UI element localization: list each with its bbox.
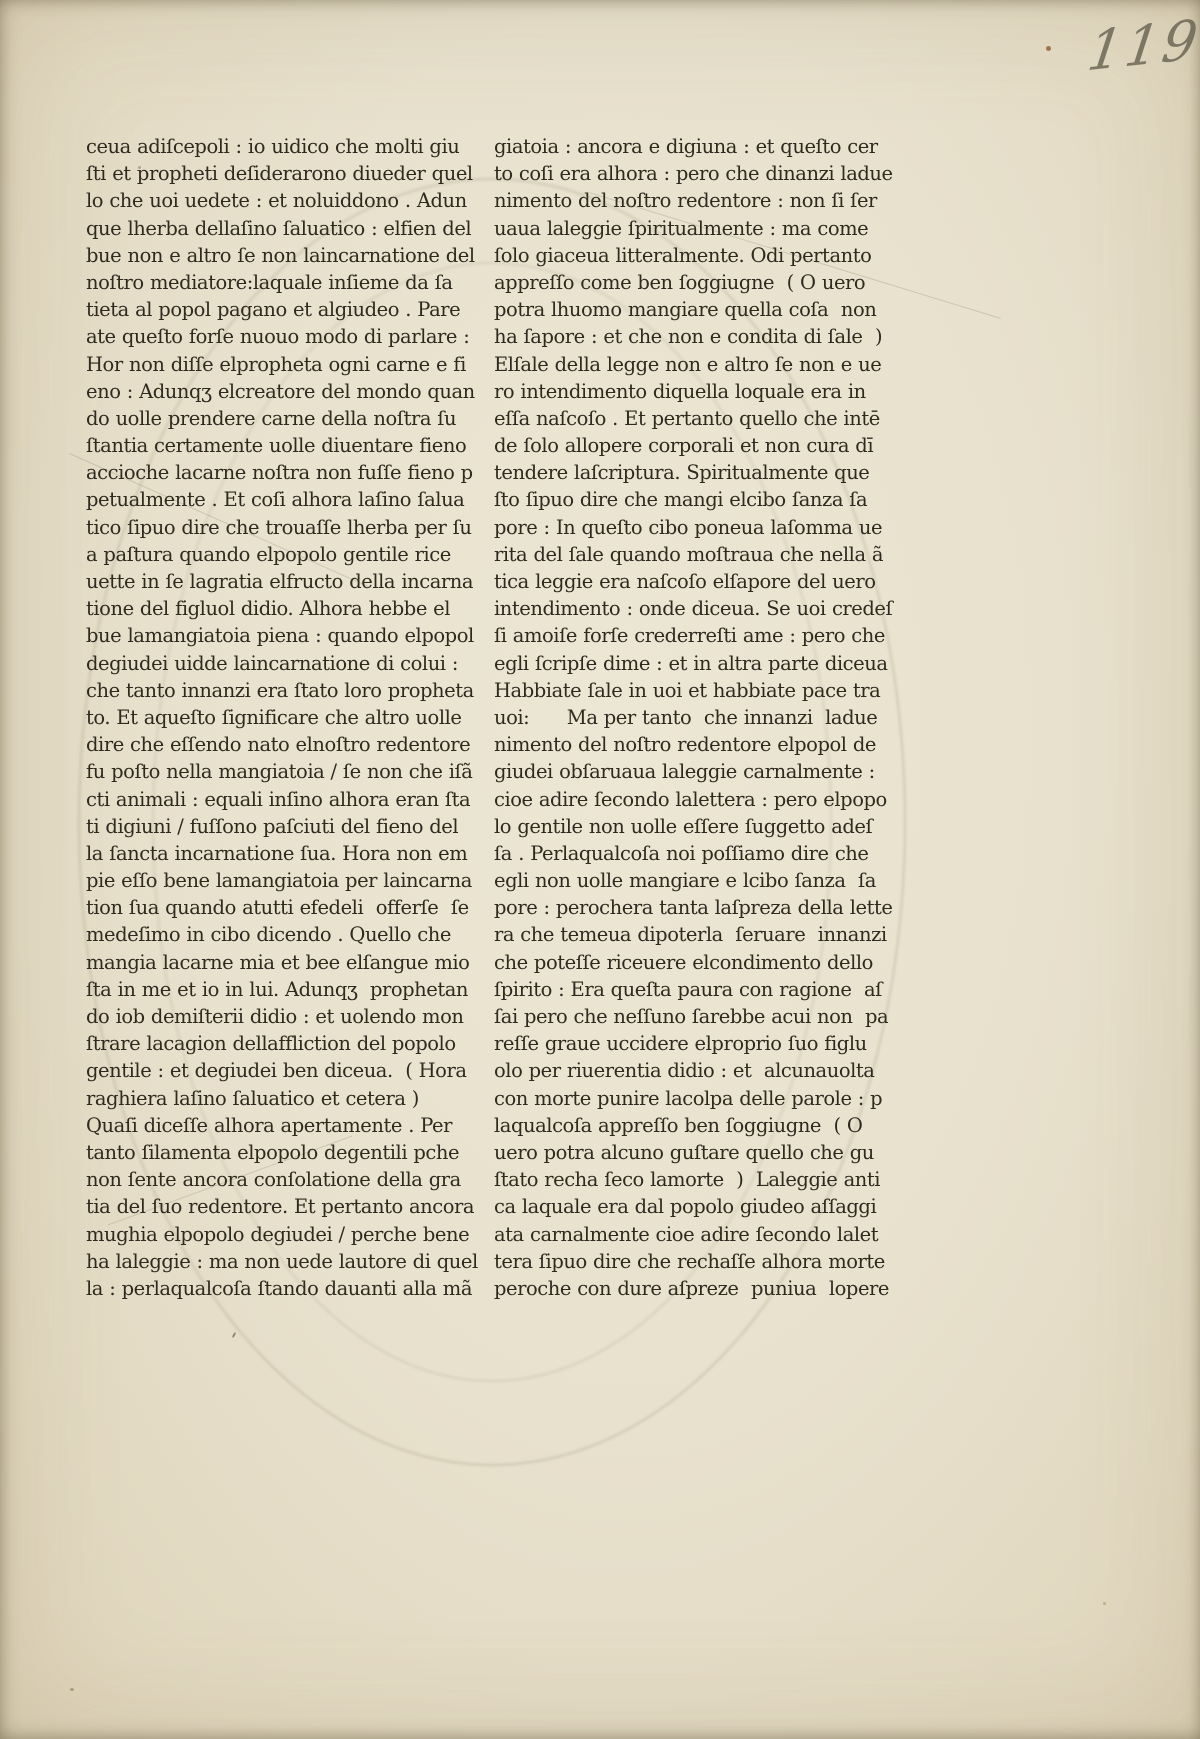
text-line: ſtato recha ſeco lamorte ) Laleggie anti bbox=[494, 1166, 894, 1193]
text-line: appreſſo come ben ſoggiugne ( O uero bbox=[494, 269, 894, 296]
text-line: de ſolo allopere corporali et non cura d… bbox=[494, 432, 894, 459]
text-line: giatoia : ancora e digiuna : et queſto c… bbox=[494, 133, 894, 160]
text-line: egli non uolle mangiare e lcibo ſanza ſa bbox=[494, 867, 894, 894]
text-line: ſi amoiſe forſe crederreſti ame : pero c… bbox=[494, 622, 894, 649]
text-line: peroche con dure aſpreze puniua lopere bbox=[494, 1275, 894, 1302]
text-line: non ſente ancora conſolatione della gra bbox=[86, 1166, 486, 1193]
text-line: ceua adiſcepoli : io uidico che molti gi… bbox=[86, 133, 486, 160]
text-line: medeſimo in cibo dicendo . Quello che bbox=[86, 921, 486, 948]
text-line: la ſancta incarnatione ſua. Hora non em bbox=[86, 840, 486, 867]
text-line: intendimento : onde diceua. Se uoi crede… bbox=[494, 595, 894, 622]
text-line: tieta al popol pagano et algiudeo . Pare bbox=[86, 296, 486, 323]
text-line: uaua laleggie ſpiritualmente : ma come bbox=[494, 215, 894, 242]
text-line: Elſale della legge non e altro ſe non e … bbox=[494, 351, 894, 378]
text-line: do uolle prendere carne della noſtra ſu bbox=[86, 405, 486, 432]
text-line: do iob demiſterii didio : et uolendo mon bbox=[86, 1003, 486, 1030]
text-line: ata carnalmente cioe adire ſecondo lalet bbox=[494, 1221, 894, 1248]
text-line: to. Et aqueſto ſignificare che altro uol… bbox=[86, 704, 486, 731]
text-line: bue non e altro ſe non laincarnatione de… bbox=[86, 242, 486, 269]
text-line: tendere laſcriptura. Spiritualmente que bbox=[494, 459, 894, 486]
text-line: cti animali : equali inſino alhora eran … bbox=[86, 786, 486, 813]
text-line: to coſi era alhora : pero che dinanzi la… bbox=[494, 160, 894, 187]
text-line: ſtrare lacagion dellaffliction del popol… bbox=[86, 1030, 486, 1057]
text-line: lo gentile non uolle eſſere ſuggetto ade… bbox=[494, 813, 894, 840]
text-line: ſpirito : Era queſta paura con ragione a… bbox=[494, 976, 894, 1003]
text-line: Quaſi diceſſe alhora apertamente . Per bbox=[86, 1112, 486, 1139]
text-line: che tanto innanzi era ſtato loro prophet… bbox=[86, 677, 486, 704]
text-line: potra lhuomo mangiare quella coſa non bbox=[494, 296, 894, 323]
text-line: che poteſſe riceuere elcondimento dello bbox=[494, 949, 894, 976]
text-line: ſtantia certamente uolle diuentare fieno bbox=[86, 432, 486, 459]
text-line: reſſe graue uccidere elproprio ſuo figlu bbox=[494, 1030, 894, 1057]
text-line: eſſa naſcoſo . Et pertanto quello che in… bbox=[494, 405, 894, 432]
text-line: ha ſapore : et che non e condita di ſale… bbox=[494, 323, 894, 350]
text-line: tico ſipuo dire che trouaſſe lherba per … bbox=[86, 514, 486, 541]
text-line: tion ſua quando atutti efedeli offerſe ſ… bbox=[86, 894, 486, 921]
text-line: ca laquale era dal popolo giudeo aſſaggi bbox=[494, 1193, 894, 1220]
text-line: ſai pero che neſſuno ſarebbe acui non pa bbox=[494, 1003, 894, 1030]
text-line: egli ſcripſe dime : et in altra parte di… bbox=[494, 650, 894, 677]
text-line: laqualcoſa appreſſo ben ſoggiugne ( O bbox=[494, 1112, 894, 1139]
text-line: con morte punire lacolpa delle parole : … bbox=[494, 1085, 894, 1112]
text-line: tia del ſuo redentore. Et pertanto ancor… bbox=[86, 1193, 486, 1220]
text-line: mughia elpopolo degiudei / perche bene bbox=[86, 1221, 486, 1248]
text-line: mangia lacarne mia et bee elſangue mio bbox=[86, 949, 486, 976]
text-line: ti digiuni / fuſſono paſciuti del fieno … bbox=[86, 813, 486, 840]
text-line: uette in ſe lagratia elfructo della inca… bbox=[86, 568, 486, 595]
text-line: ra che temeua dipoterla ſeruare innanzi bbox=[494, 921, 894, 948]
text-line: uero potra alcuno guſtare quello che gu bbox=[494, 1139, 894, 1166]
text-line: olo per riuerentia didio : et alcunauolt… bbox=[494, 1057, 894, 1084]
text-line: ſa . Perlaqualcoſa noi poſſiamo dire che bbox=[494, 840, 894, 867]
text-line: Hor non diſſe elpropheta ogni carne e fi bbox=[86, 351, 486, 378]
paper-speck bbox=[1103, 1602, 1106, 1605]
text-line: bue lamangiatoia piena : quando elpopol bbox=[86, 622, 486, 649]
text-line: uoi: Ma per tanto che innanzi ladue bbox=[494, 704, 894, 731]
text-line: gentile : et degiudei ben diceua. ( Hora bbox=[86, 1057, 486, 1084]
text-line: rita del ſale quando moſtraua che nella … bbox=[494, 541, 894, 568]
folio-number: 119 bbox=[1084, 7, 1200, 83]
text-line: fu poſto nella mangiatoia / ſe non che i… bbox=[86, 758, 486, 785]
text-line: cioe adire ſecondo lalettera : pero elpo… bbox=[494, 786, 894, 813]
text-line: accioche lacarne noſtra non fuſſe fieno … bbox=[86, 459, 486, 486]
text-line: Habbiate ſale in uoi et habbiate pace tr… bbox=[494, 677, 894, 704]
paper-speck bbox=[232, 1332, 237, 1338]
text-line: ate queſto forſe nuouo modo di parlare : bbox=[86, 323, 486, 350]
text-column-left: ceua adiſcepoli : io uidico che molti gi… bbox=[86, 133, 486, 1302]
text-line: pore : perochera tanta laſpreza della le… bbox=[494, 894, 894, 921]
text-line: tera ſipuo dire che rechaſſe alhora mort… bbox=[494, 1248, 894, 1275]
text-line: ſta in me et io in lui. Adunqʒ prophetan bbox=[86, 976, 486, 1003]
text-line: nimento del noſtro redentore : non ſi ſe… bbox=[494, 187, 894, 214]
text-line: pore : In queſto cibo poneua laſomma ue bbox=[494, 514, 894, 541]
text-line: eno : Adunqʒ elcreatore del mondo quan bbox=[86, 378, 486, 405]
text-line: ſti et propheti deſiderarono diueder que… bbox=[86, 160, 486, 187]
text-line: dire che eſſendo nato elnoſtro redentore bbox=[86, 731, 486, 758]
text-line: tanto ſilamenta elpopolo degentili pche bbox=[86, 1139, 486, 1166]
text-line: noſtro mediatore:laquale inſieme da ſa bbox=[86, 269, 486, 296]
text-line: ha laleggie : ma non uede lautore di que… bbox=[86, 1248, 486, 1275]
text-line: pie eſſo bene lamangiatoia per laincarna bbox=[86, 867, 486, 894]
text-line: raghiera laſino ſaluatico et cetera ) bbox=[86, 1085, 486, 1112]
text-line: a paſtura quando elpopolo gentile rice bbox=[86, 541, 486, 568]
book-page: 119 ceua adiſcepoli : io uidico che molt… bbox=[0, 0, 1200, 1739]
text-line: petualmente . Et coſi alhora laſino ſalu… bbox=[86, 486, 486, 513]
paper-speck bbox=[1046, 46, 1051, 51]
paper-speck bbox=[70, 1688, 74, 1691]
text-line: la : perlaqualcoſa ſtando dauanti alla m… bbox=[86, 1275, 486, 1302]
text-line: que lherba dellaſino ſaluatico : elfien … bbox=[86, 215, 486, 242]
text-line: nimento del noſtro redentore elpopol de bbox=[494, 731, 894, 758]
text-line: lo che uoi uedete : et noluiddono . Adun bbox=[86, 187, 486, 214]
text-column-right: giatoia : ancora e digiuna : et queſto c… bbox=[494, 133, 894, 1302]
text-line: giudei obſaruaua laleggie carnalmente : bbox=[494, 758, 894, 785]
text-line: degiudei uidde laincarnatione di colui : bbox=[86, 650, 486, 677]
text-line: ſolo giaceua litteralmente. Odi pertanto bbox=[494, 242, 894, 269]
text-line: ro intendimento diquella loquale era in bbox=[494, 378, 894, 405]
text-line: tica leggie era naſcoſo elſapore del uer… bbox=[494, 568, 894, 595]
text-line: ſto ſipuo dire che mangi elcibo ſanza ſa bbox=[494, 486, 894, 513]
text-line: tione del figluol didio. Alhora hebbe el bbox=[86, 595, 486, 622]
